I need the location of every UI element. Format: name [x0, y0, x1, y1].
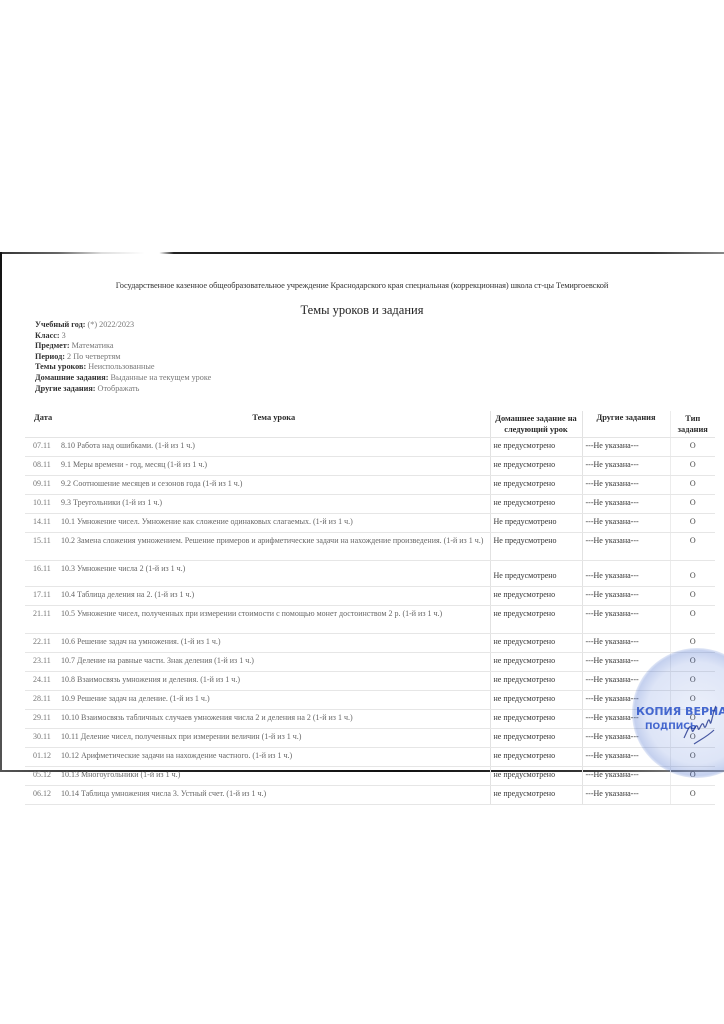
lesson-date: 29.11: [25, 710, 58, 729]
lesson-homework: не предусмотрено: [490, 691, 582, 710]
table-row: 09.119.2 Соотношение месяцев и сезонов г…: [25, 476, 715, 495]
lesson-other-tasks: ---Не указана---: [582, 561, 670, 587]
lesson-homework: не предусмотрено: [490, 634, 582, 653]
meta-value: Математика: [72, 341, 114, 350]
meta-lesson-topics: Темы уроков: Неиспользованные: [35, 362, 211, 373]
institution-name: Государственное казенное общеобразовател…: [0, 281, 724, 290]
table-row: 07.118.10 Работа над ошибками. (1-й из 1…: [25, 438, 715, 457]
lesson-topic: 10.11 Деление чисел, полученных при изме…: [58, 729, 490, 748]
column-header-date: Дата: [25, 411, 58, 438]
lesson-homework: не предусмотрено: [490, 729, 582, 748]
lesson-homework: Не предусмотрено: [490, 533, 582, 561]
table-row: 22.1110.6 Решение задач на умножения. (1…: [25, 634, 715, 653]
meta-value: Выданные на текущем уроке: [110, 373, 211, 382]
lesson-date: 01.12: [25, 748, 58, 767]
table-row: 01.1210.12 Арифметические задачи на нахо…: [25, 748, 715, 767]
meta-label: Домашние задания:: [35, 373, 108, 382]
lesson-date: 07.11: [25, 438, 58, 457]
lesson-homework: Не предусмотрено: [490, 514, 582, 533]
meta-value: 3: [62, 331, 66, 340]
meta-label: Другие задания:: [35, 384, 96, 393]
lesson-date: 22.11: [25, 634, 58, 653]
lesson-topic: 10.6 Решение задач на умножения. (1-й из…: [58, 634, 490, 653]
lesson-task-type: O: [670, 672, 715, 691]
lesson-topic: 10.12 Арифметические задачи на нахождени…: [58, 748, 490, 767]
lesson-date: 16.11: [25, 561, 58, 587]
column-header-homework: Домашнее задание на следующий урок: [490, 411, 582, 438]
lesson-date: 17.11: [25, 587, 58, 606]
meta-label: Класс:: [35, 331, 60, 340]
lesson-topic: 10.13 Многоугольники (1-й из 1 ч.): [58, 767, 490, 786]
lesson-topic: 10.9 Решение задач на деление. (1-й из 1…: [58, 691, 490, 710]
lesson-task-type: O: [670, 606, 715, 634]
meta-label: Предмет:: [35, 341, 70, 350]
lesson-other-tasks: ---Не указана---: [582, 495, 670, 514]
lesson-other-tasks: ---Не указана---: [582, 767, 670, 786]
meta-value: Неиспользованные: [88, 362, 154, 371]
table-row: 21.1110.5 Умножение чисел, полученных пр…: [25, 606, 715, 634]
lesson-homework: не предусмотрено: [490, 606, 582, 634]
meta-subject: Предмет: Математика: [35, 341, 211, 352]
lesson-other-tasks: ---Не указана---: [582, 748, 670, 767]
lesson-other-tasks: ---Не указана---: [582, 634, 670, 653]
table-row: 30.1110.11 Деление чисел, полученных при…: [25, 729, 715, 748]
lessons-table: Дата Тема урока Домашнее задание на след…: [25, 411, 715, 805]
table-row: 24.1110.8 Взаимосвязь умножения и делени…: [25, 672, 715, 691]
lesson-date: 24.11: [25, 672, 58, 691]
lesson-task-type: O: [670, 748, 715, 767]
lesson-task-type: O: [670, 495, 715, 514]
table-row: 23.1110.7 Деление на равные части. Знак …: [25, 653, 715, 672]
meta-value: (*) 2022/2023: [88, 320, 135, 329]
scan-edge-top: [0, 252, 724, 254]
meta-homework: Домашние задания: Выданные на текущем ур…: [35, 373, 211, 384]
lesson-other-tasks: ---Не указана---: [582, 438, 670, 457]
lesson-topic: 10.2 Замена сложения умножением. Решение…: [58, 533, 490, 561]
lesson-other-tasks: ---Не указана---: [582, 653, 670, 672]
lesson-other-tasks: ---Не указана---: [582, 672, 670, 691]
lesson-other-tasks: ---Не указана---: [582, 606, 670, 634]
table-row: 16.1110.3 Умножение числа 2 (1-й из 1 ч.…: [25, 561, 715, 587]
lesson-homework: не предусмотрено: [490, 495, 582, 514]
column-header-task-type: Тип задания: [670, 411, 715, 438]
lesson-other-tasks: ---Не указана---: [582, 786, 670, 805]
lesson-topic: 10.4 Таблица деления на 2. (1-й из 1 ч.): [58, 587, 490, 606]
lesson-topic: 10.5 Умножение чисел, полученных при изм…: [58, 606, 490, 634]
lesson-task-type: O: [670, 533, 715, 561]
lesson-date: 05.12: [25, 767, 58, 786]
document-title: Темы уроков и задания: [0, 303, 724, 318]
lesson-topic: 8.10 Работа над ошибками. (1-й из 1 ч.): [58, 438, 490, 457]
lesson-task-type: O: [670, 476, 715, 495]
meta-class: Класс: 3: [35, 331, 211, 342]
meta-value: 2 По четвертям: [67, 352, 120, 361]
lesson-task-type: O: [670, 514, 715, 533]
lesson-date: 06.12: [25, 786, 58, 805]
lesson-date: 08.11: [25, 457, 58, 476]
lesson-date: 14.11: [25, 514, 58, 533]
table-row: 17.1110.4 Таблица деления на 2. (1-й из …: [25, 587, 715, 606]
signature-icon: [680, 700, 720, 750]
lesson-date: 28.11: [25, 691, 58, 710]
lesson-date: 09.11: [25, 476, 58, 495]
table-row: 29.1110.10 Взаимосвязь табличных случаев…: [25, 710, 715, 729]
lesson-other-tasks: ---Не указана---: [582, 476, 670, 495]
table-row: 05.1210.13 Многоугольники (1-й из 1 ч.)н…: [25, 767, 715, 786]
scan-edge-left: [0, 252, 2, 772]
lesson-homework: Не предусмотрено: [490, 561, 582, 587]
lesson-topic: 10.3 Умножение числа 2 (1-й из 1 ч.): [58, 561, 490, 587]
lesson-topic: 9.2 Соотношение месяцев и сезонов года (…: [58, 476, 490, 495]
lesson-other-tasks: ---Не указана---: [582, 587, 670, 606]
lesson-date: 15.11: [25, 533, 58, 561]
lesson-date: 23.11: [25, 653, 58, 672]
meta-other-tasks: Другие задания: Отображать: [35, 384, 211, 395]
table-row: 06.1210.14 Таблица умножения числа 3. Ус…: [25, 786, 715, 805]
lesson-other-tasks: ---Не указана---: [582, 533, 670, 561]
lesson-task-type: O: [670, 767, 715, 786]
meta-label: Темы уроков:: [35, 362, 86, 371]
lesson-topic: 10.1 Умножение чисел. Умножение как слож…: [58, 514, 490, 533]
lesson-homework: не предусмотрено: [490, 672, 582, 691]
meta-label: Период:: [35, 352, 65, 361]
lesson-topic: 10.10 Взаимосвязь табличных случаев умно…: [58, 710, 490, 729]
lesson-homework: не предусмотрено: [490, 710, 582, 729]
table-row: 15.1110.2 Замена сложения умножением. Ре…: [25, 533, 715, 561]
lesson-topic: 10.8 Взаимосвязь умножения и деления. (1…: [58, 672, 490, 691]
lesson-task-type: O: [670, 438, 715, 457]
lesson-task-type: O: [670, 587, 715, 606]
lesson-topic: 10.14 Таблица умножения числа 3. Устный …: [58, 786, 490, 805]
lesson-homework: не предусмотрено: [490, 587, 582, 606]
lesson-date: 10.11: [25, 495, 58, 514]
lesson-other-tasks: ---Не указана---: [582, 514, 670, 533]
table-row: 14.1110.1 Умножение чисел. Умножение как…: [25, 514, 715, 533]
column-header-other-tasks: Другие задания: [582, 411, 670, 438]
meta-period: Период: 2 По четвертям: [35, 352, 211, 363]
lesson-homework: не предусмотрено: [490, 457, 582, 476]
lesson-task-type: O: [670, 634, 715, 653]
meta-school-year: Учебный год: (*) 2022/2023: [35, 320, 211, 331]
lesson-topic: 10.7 Деление на равные части. Знак делен…: [58, 653, 490, 672]
lesson-homework: не предусмотрено: [490, 767, 582, 786]
lesson-task-type: O: [670, 786, 715, 805]
lesson-homework: не предусмотрено: [490, 438, 582, 457]
table-row: 08.119.1 Меры времени - год, месяц (1-й …: [25, 457, 715, 476]
table-row: 28.1110.9 Решение задач на деление. (1-й…: [25, 691, 715, 710]
lesson-topic: 9.3 Треугольники (1-й из 1 ч.): [58, 495, 490, 514]
meta-label: Учебный год:: [35, 320, 85, 329]
lesson-date: 21.11: [25, 606, 58, 634]
lesson-homework: не предусмотрено: [490, 748, 582, 767]
lesson-topic: 9.1 Меры времени - год, месяц (1-й из 1 …: [58, 457, 490, 476]
lesson-homework: не предусмотрено: [490, 653, 582, 672]
report-parameters: Учебный год: (*) 2022/2023 Класс: 3 Пред…: [35, 320, 211, 394]
lessons-table-body: 07.118.10 Работа над ошибками. (1-й из 1…: [25, 438, 715, 805]
lesson-task-type: O: [670, 457, 715, 476]
table-row: 10.119.3 Треугольники (1-й из 1 ч.)не пр…: [25, 495, 715, 514]
lesson-homework: не предусмотрено: [490, 476, 582, 495]
table-header-row: Дата Тема урока Домашнее задание на след…: [25, 411, 715, 438]
lesson-other-tasks: ---Не указана---: [582, 457, 670, 476]
meta-value: Отображать: [98, 384, 140, 393]
column-header-topic: Тема урока: [58, 411, 490, 438]
lesson-date: 30.11: [25, 729, 58, 748]
lesson-task-type: O: [670, 653, 715, 672]
lesson-task-type: O: [670, 561, 715, 587]
lesson-homework: не предусмотрено: [490, 786, 582, 805]
